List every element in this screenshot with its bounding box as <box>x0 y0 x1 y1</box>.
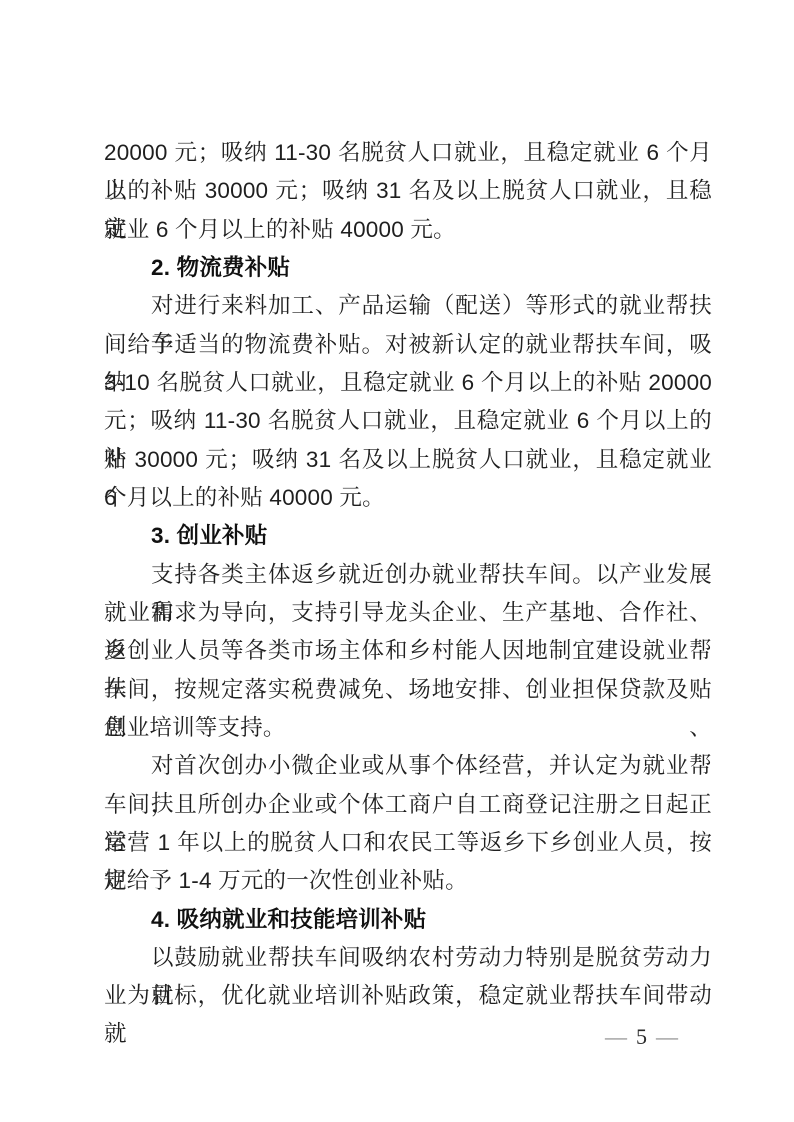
text-line: 运营 1 年以上的脱贫人口和农民工等返乡下乡创业人员，按规 <box>104 824 712 863</box>
section-heading: 2. 物流费补贴 <box>104 249 712 288</box>
text-line: 创业培训等支持。 <box>104 709 712 748</box>
text-line: 乡创业人员等各类市场主体和乡村能人因地制宜建设就业帮扶 <box>104 632 712 671</box>
text-line: 就业需求为导向，支持引导龙头企业、生产基地、合作社、返 <box>104 594 712 633</box>
section-heading: 3. 创业补贴 <box>104 517 712 556</box>
page-number-group: —5— <box>605 1022 678 1052</box>
text-line: 业为目标，优化就业培训补贴政策，稳定就业帮扶车间带动就 <box>104 977 712 1016</box>
text-line: 以鼓励就业帮扶车间吸纳农村劳动力特别是脱贫劳动力就 <box>104 939 712 978</box>
text-line: 间给予适当的物流费补贴。对被新认定的就业帮扶车间，吸纳 <box>104 326 712 365</box>
footer-dash-right: — <box>656 1024 678 1049</box>
text-line: 对首次创办小微企业或从事个体经营，并认定为就业帮扶 <box>104 747 712 786</box>
text-line: 元；吸纳 11-30 名脱贫人口就业，且稳定就业 6 个月以上的补 <box>104 402 712 441</box>
footer-dash-left: — <box>605 1024 627 1049</box>
text-line: 贴 30000 元；吸纳 31 名及以上脱贫人口就业，且稳定就业 6 <box>104 441 712 480</box>
footer-page-number: 5 <box>636 1024 647 1049</box>
section-heading: 4. 吸纳就业和技能培训补贴 <box>104 901 712 940</box>
text-line: 车间，按规定落实税费减免、场地安排、创业担保贷款及贴息、 <box>104 671 712 710</box>
text-line: 20000 元；吸纳 11-30 名脱贫人口就业，且稳定就业 6 个月以 <box>104 134 712 173</box>
text-line: 定给予 1-4 万元的一次性创业补贴。 <box>104 862 712 901</box>
text-line: 车间，且所创办企业或个体工商户自工商登记注册之日起正常 <box>104 786 712 825</box>
text-line: 就业 6 个月以上的补贴 40000 元。 <box>104 211 712 250</box>
text-line: 对进行来料加工、产品运输（配送）等形式的就业帮扶车 <box>104 287 712 326</box>
document-page: 20000 元；吸纳 11-30 名脱贫人口就业，且稳定就业 6 个月以上的补贴… <box>0 0 794 1122</box>
text-line: 上的补贴 30000 元；吸纳 31 名及以上脱贫人口就业，且稳定 <box>104 172 712 211</box>
page-footer: —5— <box>104 1022 712 1052</box>
text-line: 支持各类主体返乡就近创办就业帮扶车间。以产业发展和 <box>104 556 712 595</box>
text-line: 3-10 名脱贫人口就业，且稳定就业 6 个月以上的补贴 20000 <box>104 364 712 403</box>
text-line: 个月以上的补贴 40000 元。 <box>104 479 712 518</box>
